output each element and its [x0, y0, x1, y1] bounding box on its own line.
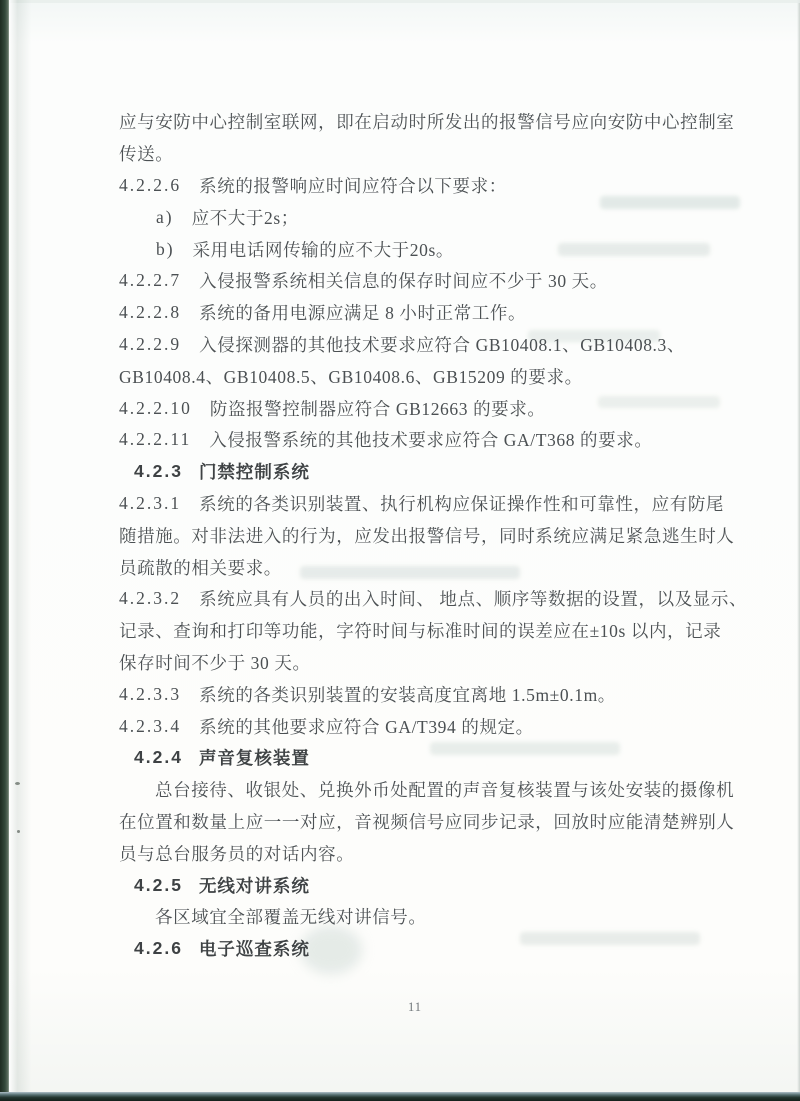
doc-line: 4.2.2.7入侵报警系统相关信息的保存时间应不少于 30 天。 — [119, 265, 759, 297]
clause-number: 4.2.2.6 — [119, 175, 181, 196]
scan-speck — [15, 782, 20, 785]
section-title: 门禁控制系统 — [199, 459, 310, 484]
clause-text: 员疏散的相关要求。 — [119, 555, 282, 580]
book-spine-edge — [0, 0, 9, 1101]
scan-speck — [17, 830, 20, 833]
clause-text: 系统的备用电源应满足 8 小时正常工作。 — [199, 300, 526, 325]
document-content: 应与安防中心控制室联网，即在启动时所发出的报警信号应向安防中心控制室 传送。 4… — [119, 106, 759, 965]
doc-line: 4.2.3.3系统的各类识别装置的安装高度宜离地 1.5m±0.1m。 — [119, 678, 759, 710]
doc-line: 在位置和数量上应一一对应，音视频信号应同步记录，回放时应能清楚辨别人 — [119, 806, 759, 838]
clause-text: 系统的各类识别装置的安装高度宜离地 1.5m±0.1m。 — [199, 682, 616, 707]
doc-line: 应与安防中心控制室联网，即在启动时所发出的报警信号应向安防中心控制室 — [119, 106, 759, 138]
clause-text: 传送。 — [119, 141, 173, 166]
section-heading: 4.2.5无线对讲系统 — [119, 869, 759, 901]
doc-line: 员疏散的相关要求。 — [119, 551, 759, 583]
clause-text: 系统的各类识别装置、执行机构应保证操作性和可靠性，应有防尾 — [199, 491, 724, 516]
clause-number: 4.2.2.8 — [119, 302, 181, 323]
list-marker: b) — [156, 239, 175, 260]
clause-number: 4.2.3.1 — [119, 493, 181, 514]
doc-line: 员与总台服务员的对话内容。 — [119, 837, 759, 869]
doc-line: 4.2.2.8系统的备用电源应满足 8 小时正常工作。 — [119, 297, 759, 329]
clause-text: 入侵报警系统的其他技术要求应符合 GA/T368 的要求。 — [209, 427, 652, 452]
doc-line: GB10408.4、GB10408.5、GB10408.6、GB15209 的要… — [119, 360, 759, 392]
section-number: 4.2.3 — [134, 461, 183, 482]
binding-crease — [9, 0, 37, 1092]
section-title: 声音复核装置 — [199, 745, 310, 770]
clause-text: 防盗报警控制器应符合 GB12663 的要求。 — [210, 396, 546, 421]
doc-line: 4.2.2.11入侵报警系统的其他技术要求应符合 GA/T368 的要求。 — [119, 424, 759, 456]
clause-text: 系统的报警响应时间应符合以下要求： — [199, 173, 507, 198]
clause-text: 员与总台服务员的对话内容。 — [119, 841, 354, 866]
doc-line: 随措施。对非法进入的行为，应发出报警信号，同时系统应满足紧急逃生时人 — [119, 519, 759, 551]
doc-line: 记录、查询和打印等功能，字符时间与标准时间的误差应在±10s 以内，记录 — [119, 615, 759, 647]
clause-text: 系统的其他要求应符合 GA/T394 的规定。 — [199, 714, 534, 739]
clause-text: GB10408.4、GB10408.5、GB10408.6、GB15209 的要… — [119, 364, 583, 389]
clause-text: 应不大于2s； — [192, 205, 299, 230]
section-title: 电子巡查系统 — [199, 936, 310, 961]
clause-number: 4.2.2.7 — [119, 270, 181, 291]
section-number: 4.2.4 — [134, 747, 183, 768]
section-number: 4.2.5 — [134, 875, 183, 896]
doc-line: 传送。 — [119, 138, 759, 170]
doc-line: 4.2.3.1系统的各类识别装置、执行机构应保证操作性和可靠性，应有防尾 — [119, 488, 759, 520]
clause-text: 保存时间不少于 30 天。 — [119, 650, 311, 675]
clause-number: 4.2.2.9 — [119, 334, 181, 355]
doc-line-list-item: b)采用电话网传输的应不大于20s。 — [119, 233, 759, 265]
clause-text: 系统应具有人员的出入时间、 地点、顺序等数据的设置，以及显示、 — [199, 586, 747, 611]
clause-number: 4.2.2.11 — [119, 429, 191, 450]
section-heading: 4.2.4声音复核装置 — [119, 742, 759, 774]
doc-line: 各区域宜全部覆盖无线对讲信号。 — [119, 901, 759, 933]
clause-text: 总台接待、收银处、兑换外币处配置的声音复核装置与该处安装的摄像机 — [155, 777, 734, 802]
page-number: 11 — [0, 1000, 800, 1015]
clause-text: 在位置和数量上应一一对应，音视频信号应同步记录，回放时应能清楚辨别人 — [119, 809, 734, 834]
doc-line: 4.2.3.2系统应具有人员的出入时间、 地点、顺序等数据的设置，以及显示、 — [119, 583, 759, 615]
doc-line: 4.2.2.10防盗报警控制器应符合 GB12663 的要求。 — [119, 392, 759, 424]
clause-number: 4.2.2.10 — [119, 398, 192, 419]
doc-line: 保存时间不少于 30 天。 — [119, 647, 759, 679]
list-marker: a) — [156, 207, 174, 228]
doc-line-list-item: a)应不大于2s； — [119, 201, 759, 233]
clause-text: 各区域宜全部覆盖无线对讲信号。 — [155, 904, 427, 929]
clause-number: 4.2.3.3 — [119, 684, 181, 705]
page-top-edge — [9, 0, 800, 3]
doc-line: 4.2.2.9入侵探测器的其他技术要求应符合 GB10408.1、GB10408… — [119, 329, 759, 361]
doc-line: 4.2.2.6系统的报警响应时间应符合以下要求： — [119, 170, 759, 202]
clause-text: 应与安防中心控制室联网，即在启动时所发出的报警信号应向安防中心控制室 — [119, 109, 734, 134]
doc-line: 4.2.3.4系统的其他要求应符合 GA/T394 的规定。 — [119, 710, 759, 742]
section-title: 无线对讲系统 — [199, 873, 310, 898]
clause-number: 4.2.3.2 — [119, 588, 181, 609]
clause-number: 4.2.3.4 — [119, 716, 181, 737]
section-number: 4.2.6 — [134, 938, 183, 959]
clause-text: 随措施。对非法进入的行为，应发出报警信号，同时系统应满足紧急逃生时人 — [119, 523, 734, 548]
clause-text: 入侵报警系统相关信息的保存时间应不少于 30 天。 — [199, 268, 608, 293]
clause-text: 采用电话网传输的应不大于20s。 — [193, 237, 454, 262]
scanner-bed-edge — [0, 1092, 800, 1101]
clause-text: 入侵探测器的其他技术要求应符合 GB10408.1、GB10408.3、 — [199, 332, 685, 357]
clause-text: 记录、查询和打印等功能，字符时间与标准时间的误差应在±10s 以内，记录 — [119, 618, 721, 643]
doc-line: 总台接待、收银处、兑换外币处配置的声音复核装置与该处安装的摄像机 — [119, 774, 759, 806]
section-heading: 4.2.3门禁控制系统 — [119, 456, 759, 488]
scanned-page: 应与安防中心控制室联网，即在启动时所发出的报警信号应向安防中心控制室 传送。 4… — [0, 0, 800, 1101]
section-heading: 4.2.6电子巡查系统 — [119, 933, 759, 965]
